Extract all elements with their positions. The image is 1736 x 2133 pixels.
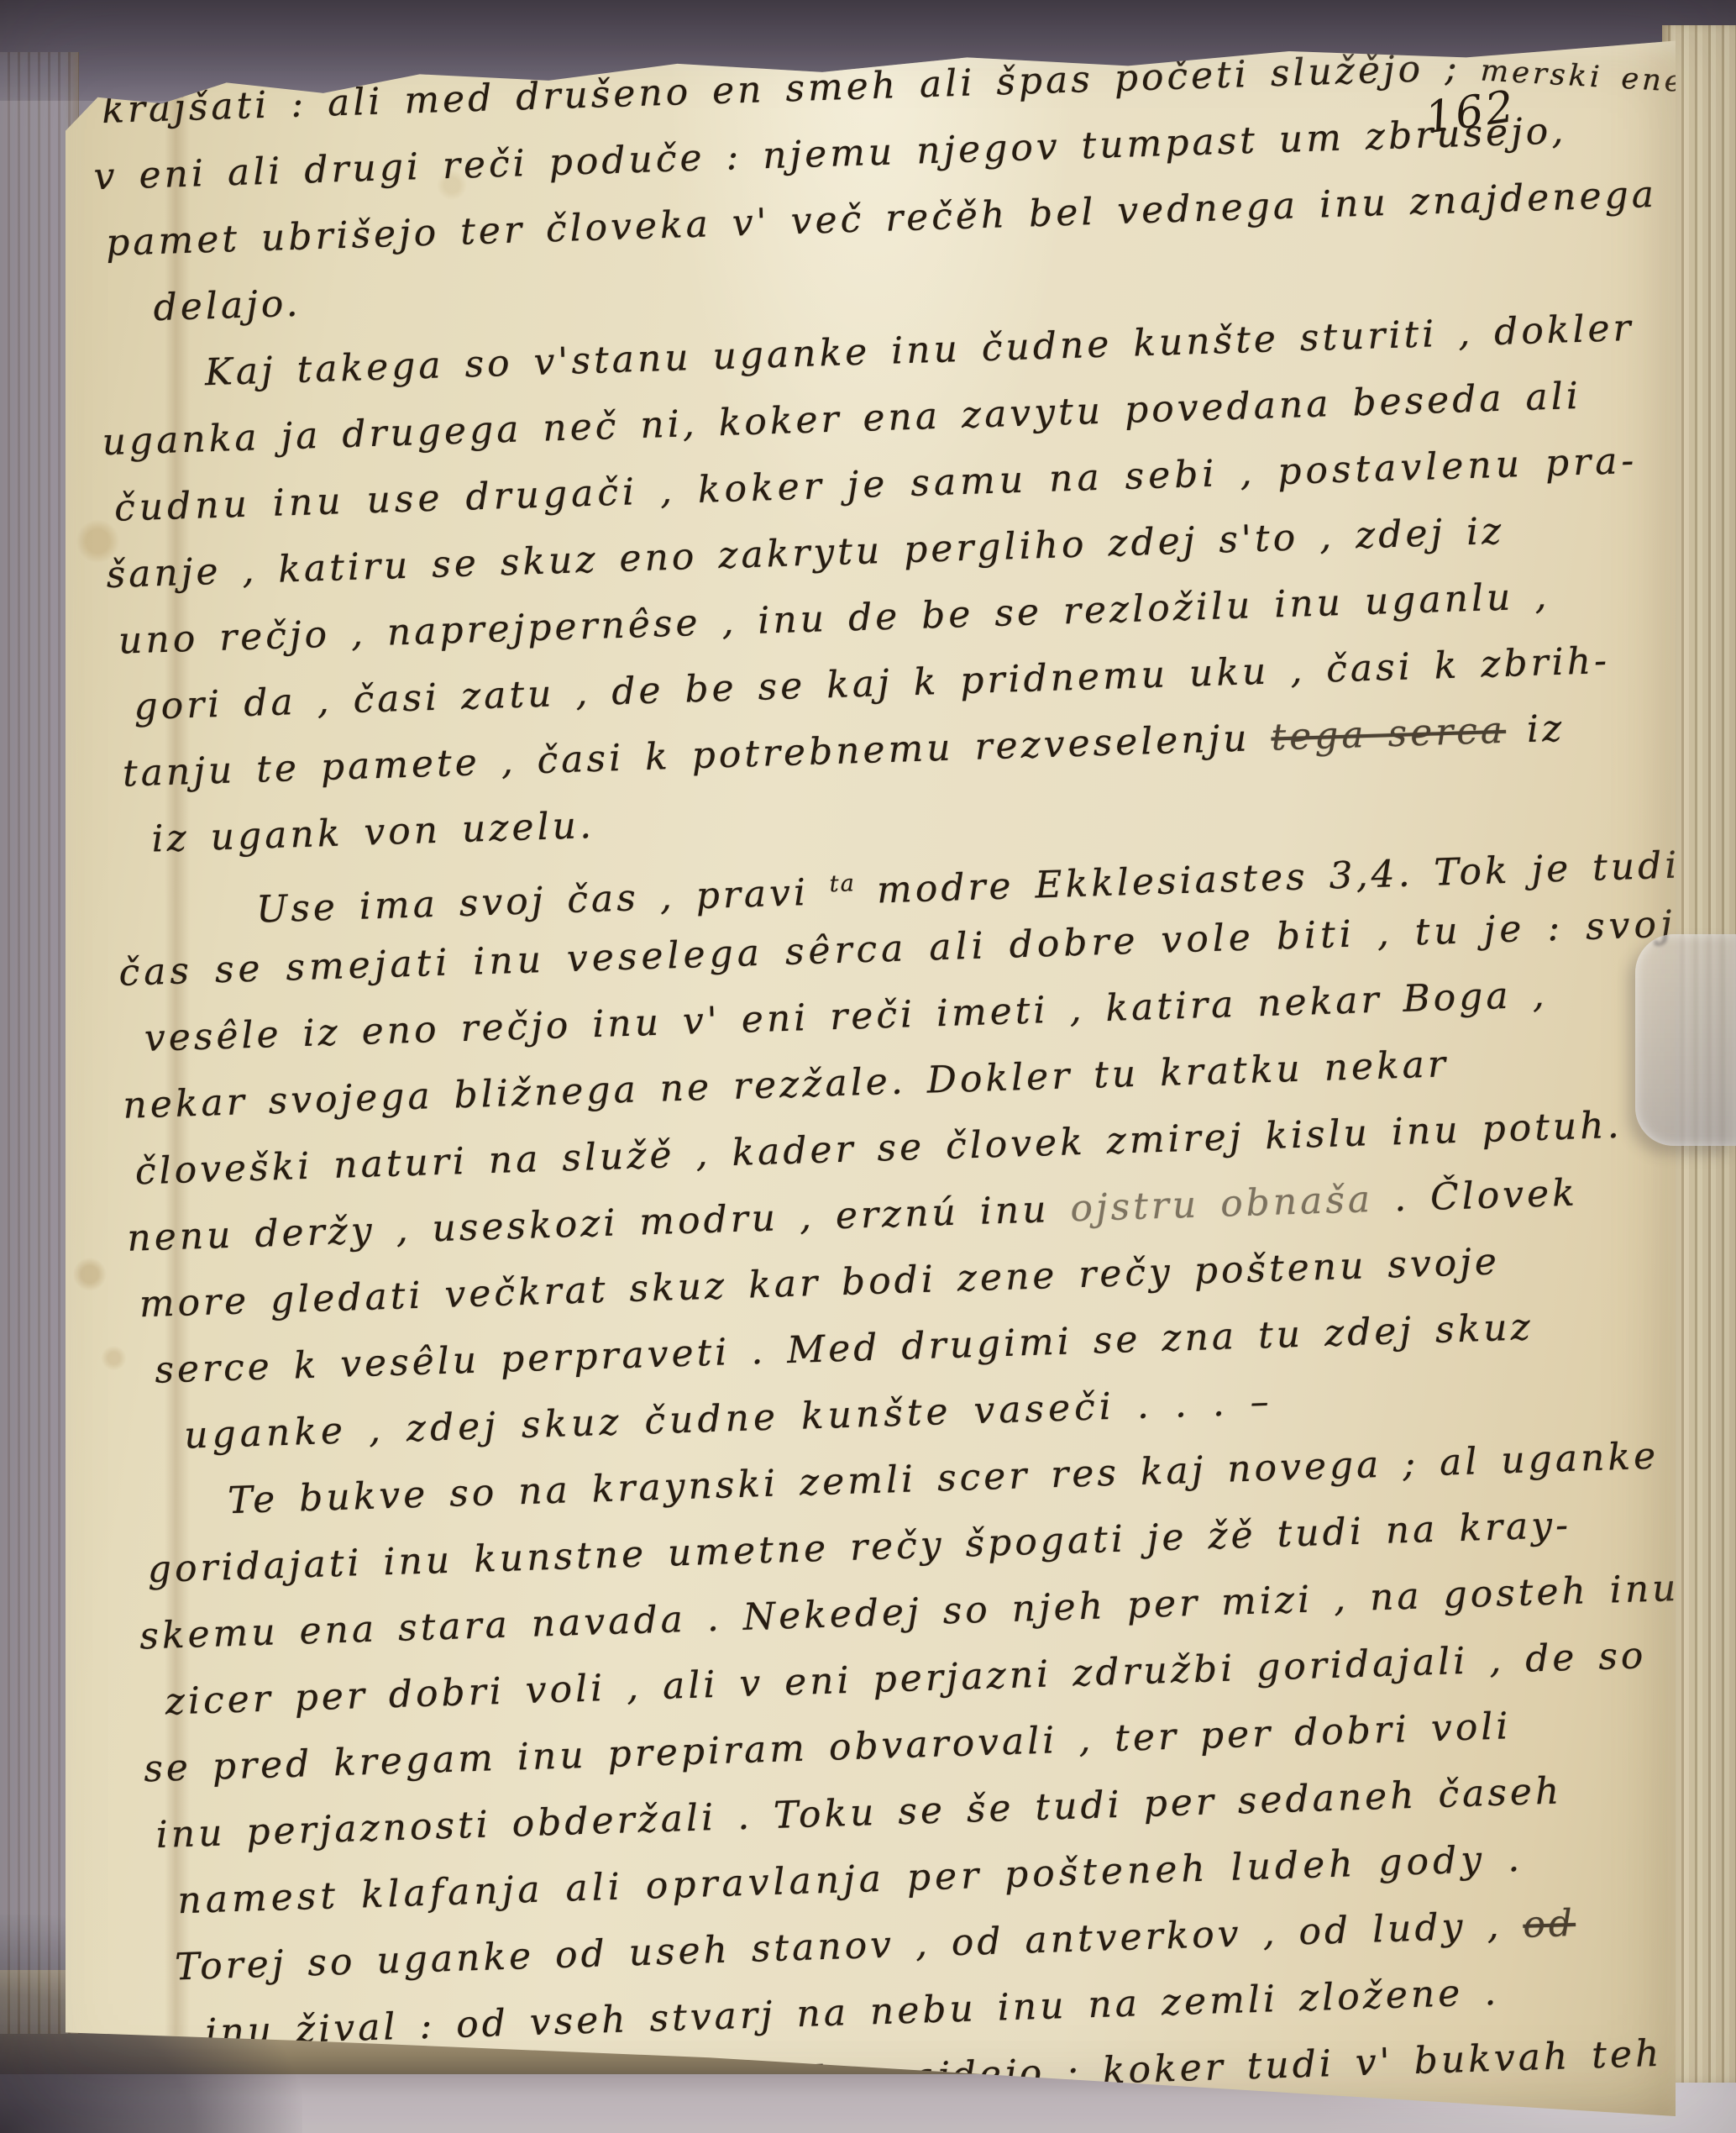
- struck-text: tega serca: [1271, 709, 1507, 759]
- handwriting-segment: ta: [829, 870, 856, 897]
- handwriting-segment: ojstru obnaša: [1070, 1178, 1374, 1230]
- handwritten-text: krajšati : ali med drušeno en smeh ali š…: [101, 29, 1718, 2133]
- struck-text: od: [1523, 1902, 1576, 1946]
- handwriting-segment: . Človek: [1372, 1171, 1578, 1221]
- manuscript-page: 162 krajšati : ali med drušeno en smeh a…: [66, 39, 1676, 2133]
- handwriting-segment: delajo.: [153, 282, 302, 329]
- photo-scene: 162 krajšati : ali med drušeno en smeh a…: [0, 0, 1736, 2133]
- handwriting-segment: iz ugank von uzelu.: [151, 804, 595, 861]
- handwriting-segment: iz: [1505, 707, 1566, 752]
- page-clip: [1635, 934, 1736, 1146]
